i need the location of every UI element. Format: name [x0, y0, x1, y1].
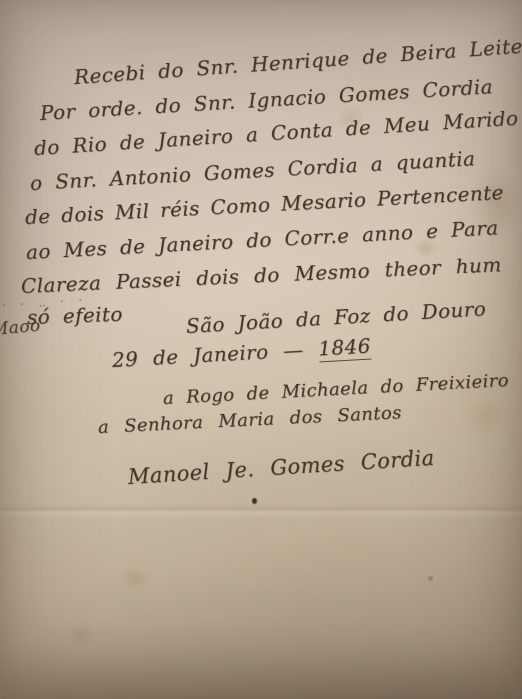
- margin-fragment: Maoo: [0, 313, 42, 343]
- date-prefix: 29 de Janeiro —: [111, 337, 304, 372]
- stain-speck: [427, 575, 434, 582]
- stain-spot: [120, 566, 150, 592]
- manuscript-photo: Recebi do Snr. Henrique de Beira Leite P…: [0, 0, 522, 699]
- stain-spot: [466, 398, 506, 434]
- place-line: São João da Foz do Douro: [185, 295, 487, 339]
- stain-spot: [68, 624, 94, 646]
- fold-crease: [0, 503, 522, 519]
- date-line: 29 de Janeiro — 1846: [111, 333, 371, 373]
- signature-line: Manoel Je. Gomes Cordia: [127, 445, 435, 490]
- year-underlined: 1846: [318, 334, 372, 363]
- ink-blot: [252, 498, 257, 504]
